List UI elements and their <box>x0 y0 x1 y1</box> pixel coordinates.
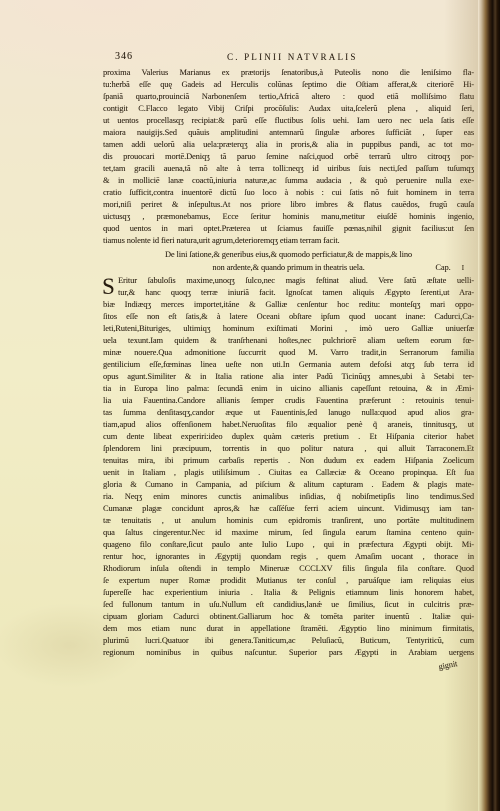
text-line: cipuam gloriam Cadurci obtinent.Galliaru… <box>103 611 474 623</box>
text-line: Cumanæ plagæ concidunt apros,& hæ caſſéſ… <box>103 503 474 515</box>
text-line: tamen addi uelorũ alia uela:præterqʒ ali… <box>103 139 474 151</box>
text-line: uenit in Italiam , plagis utiliſsimum . … <box>103 467 474 479</box>
text-line: tæ tenuitatis , ut anulum hominis cum ep… <box>103 515 474 527</box>
text-line: opus agunt.Similiter & in Italia ratione… <box>103 371 474 383</box>
text-line: maiora nauigijs.Sed quãuis amplitudini a… <box>103 127 474 139</box>
text-line: minæ nouere.Qua admonitione ſuccurrit qu… <box>103 347 474 359</box>
text-line: tur,& hanc quoqʒ terræ iniuriã facit. Ig… <box>103 287 474 299</box>
catchword: gignit <box>438 659 458 671</box>
text-line: dem mos etiam nunc durat in appellatione… <box>103 623 474 635</box>
page-number: 346 <box>115 51 133 62</box>
text-line: dis prouocari mortē.Deniqʒ tã paruo ſemi… <box>103 151 474 163</box>
text-line: leti,Ruteni,Bituriges, ultimiqʒ hominum … <box>103 323 474 335</box>
page-header: 346 C. PLINII NATVRALIS <box>103 51 474 67</box>
text-line: biæ Indiæqʒ merces importet,itáne & Gall… <box>103 299 474 311</box>
text-line: quageno filo conſtare,ſicut paulo ante I… <box>103 539 474 551</box>
text-line: tia in Europa lino palma: ſecundã enim i… <box>103 383 474 395</box>
text-line: cum dente libeat experiri:ideo duplex qu… <box>103 431 474 443</box>
drop-cap-initial: S <box>102 275 115 298</box>
text-line: gloria & Cumano in Campania, ad piſcium … <box>103 479 474 491</box>
text-line: tu:herbã eſſe quę Gadeis ad Herculis col… <box>103 79 474 91</box>
text-line: proxima Valerius Marianus ex prætorijs ſ… <box>103 67 474 79</box>
book-edge <box>478 0 500 811</box>
text-line: ut uentos procellasqʒ recipiat:& parũ eſ… <box>103 115 474 127</box>
text-line: ſe expertum nuper Romæ prodidit Mutianus… <box>103 575 474 587</box>
text-line: Eritur ſabuloſis maxime,unoqʒ ſulco,nec … <box>103 275 474 287</box>
text-line: lia uia Fauentina.Candore allianis ſempe… <box>103 395 474 407</box>
text-line: ſitos eſſe non eſt ſatis,& à latere Ocea… <box>103 311 474 323</box>
text-line: ſed fullonum tantum in uſu.Nullum eſt ca… <box>103 599 474 611</box>
text-line: plurimũ lucri.Quatuor ibi genera.Tanitic… <box>103 635 474 647</box>
text-line: uela texunt.Iam quidem & tranſrhenani ho… <box>103 335 474 347</box>
chapter-heading-line2: non ardente,& quando primum in theatris … <box>103 261 474 274</box>
text-line: mori,niſi periret & inſepultus.At nos pr… <box>103 199 474 211</box>
chapter-heading-line2-text: non ardente,& quando primum in theatris … <box>212 263 364 272</box>
catchword-row: gignit <box>103 659 474 673</box>
chapter-heading-line1: De lini ſatione,& generibus eius,& quomo… <box>103 248 474 261</box>
text-line: quod uentos in mari optet.Præterea ut ſc… <box>103 223 474 235</box>
text-line: tiamus nolente id fieri natura,urit agru… <box>103 235 474 247</box>
chapter-number: Cap.I <box>435 261 464 274</box>
text-line: rentur hoc, ignorantes in Ægyptij quonda… <box>103 551 474 563</box>
chapter-heading: De lini ſatione,& generibus eius,& quomo… <box>103 248 474 274</box>
text-line: qua ſaltus cingerentur.Nec id maxime mir… <box>103 527 474 539</box>
text-line: tiam,apud alios offenſionem habet.Neruoſ… <box>103 419 474 431</box>
text-line: ria. Neqʒ enim minores cunctis animalibu… <box>103 491 474 503</box>
text-line: tet,tam gracili auena,tã nõ alte à terra… <box>103 163 474 175</box>
running-header: C. PLINII NATVRALIS <box>227 52 358 62</box>
paragraph-1: proxima Valerius Marianus ex prætorijs ſ… <box>103 67 474 247</box>
text-line: cratio ſufficit,contra inuentorē dictũ ſ… <box>103 187 474 199</box>
text-block: 346 C. PLINII NATVRALIS proxima Valerius… <box>103 51 474 673</box>
text-line: gentilicium eſſe,fœminas linea ueſte non… <box>103 359 474 371</box>
text-line: regionum nominibus in quibus naſcuntur. … <box>103 647 474 659</box>
text-line: & in molliciē lanæ coactũ,iniuria naturæ… <box>103 175 474 187</box>
text-line: contigit C.Flacco legato Vibij Criſpi pr… <box>103 103 474 115</box>
chapter-cap-numeral: I <box>462 263 464 272</box>
paragraph-2: S Eritur ſabuloſis maxime,unoqʒ ſulco,ne… <box>103 275 474 659</box>
text-line: Rhodiorum inſula oſtendi in templo Miner… <box>103 563 474 575</box>
text-line: uictusqʒ , præmonebamus, Ecce ſeritur ho… <box>103 211 474 223</box>
text-line: tenuitas mira, ibi primum carbaſis reper… <box>103 455 474 467</box>
book-page: 346 C. PLINII NATVRALIS proxima Valerius… <box>0 0 500 811</box>
text-line: ſpaniã quarto,prouinciã Narbonenſem tert… <box>103 91 474 103</box>
chapter-cap-label: Cap. <box>435 263 450 272</box>
text-line: ſplendorem lini præcipuum, torrentis in … <box>103 443 474 455</box>
text-line: ſupereſſe hac experientium iniuria . Ita… <box>103 587 474 599</box>
text-line: tas ſumma denſitasqʒ,candor æque ut Faue… <box>103 407 474 419</box>
